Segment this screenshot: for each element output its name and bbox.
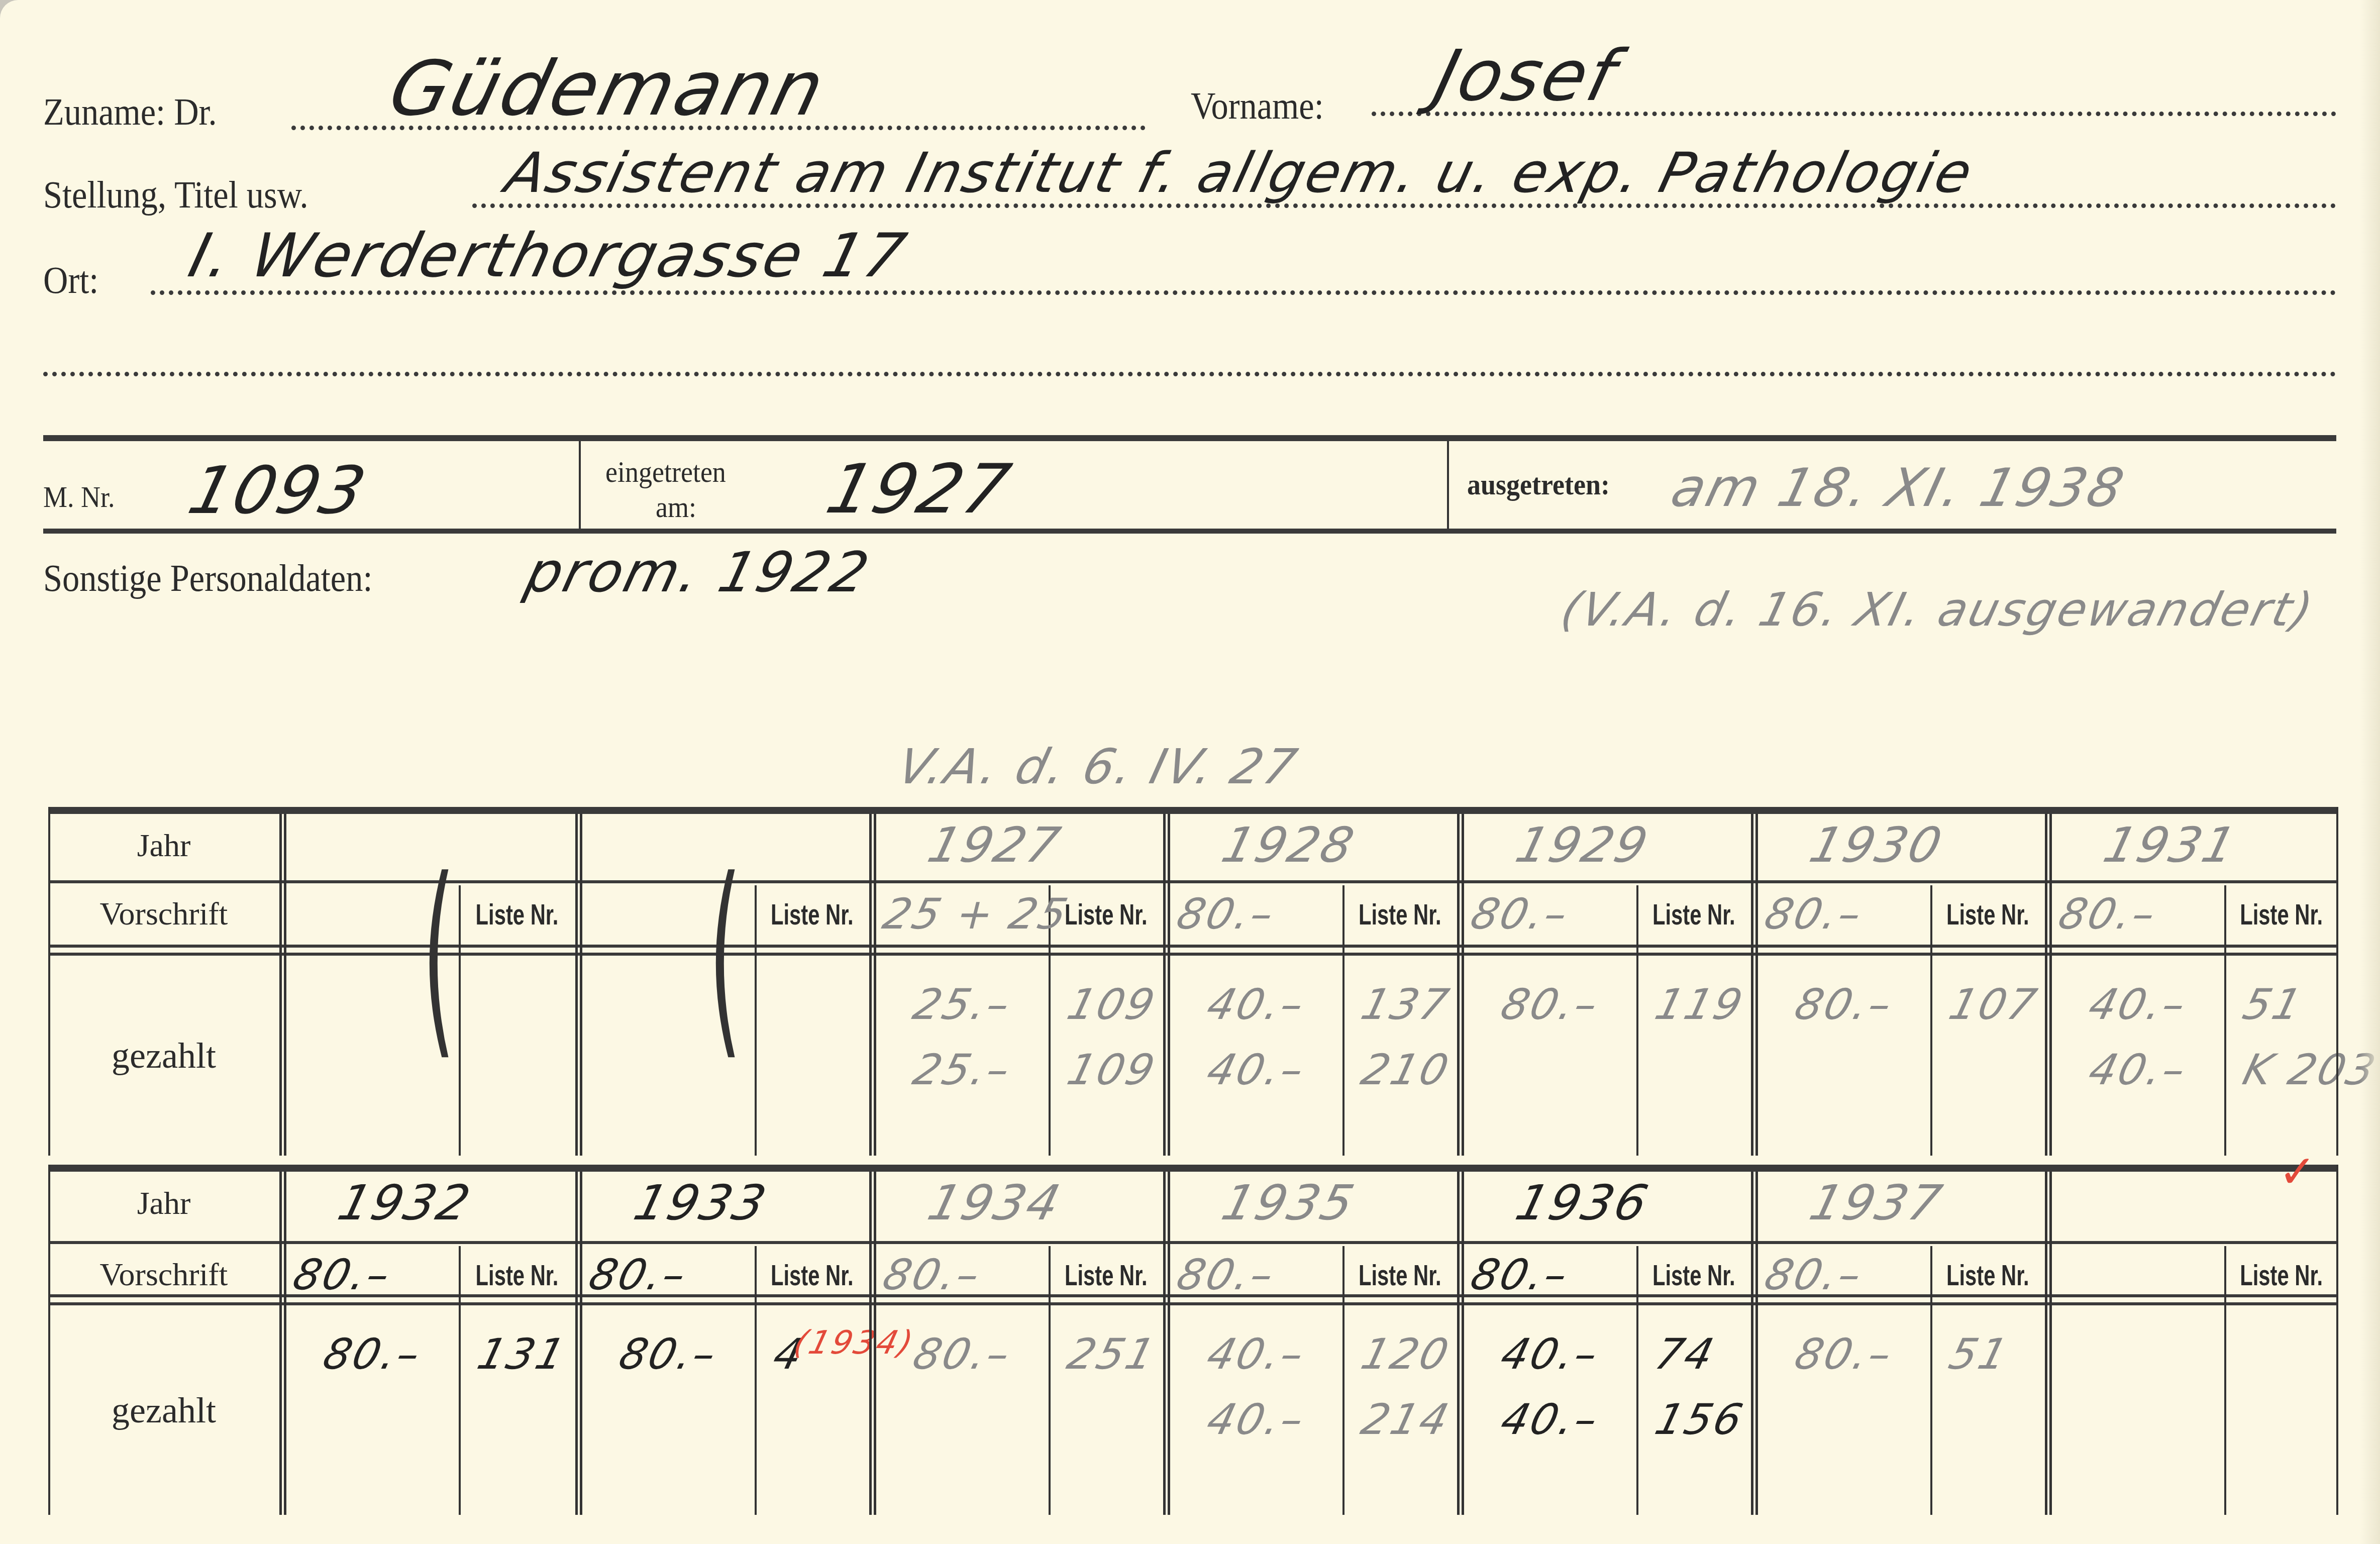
year-value: 1933	[629, 1175, 773, 1231]
table-rule-vorschrift	[48, 945, 2336, 948]
gezahlt-value: 25.–	[908, 1045, 1017, 1094]
table-liste-divider	[1636, 1246, 1638, 1515]
rule-top	[43, 435, 2336, 441]
table-liste-divider	[1636, 885, 1638, 1156]
table-rule-vorschrift-2	[48, 953, 2336, 956]
table-column-divider	[1163, 814, 1170, 1156]
liste-value: 51	[2238, 980, 2308, 1029]
liste-value: 109	[1063, 1045, 1162, 1094]
table-liste-divider	[1342, 885, 1344, 1156]
gezahlt-value: 80.–	[1790, 980, 1899, 1029]
year-value: 1928	[1216, 817, 1361, 873]
mnr-label: M. Nr.	[43, 480, 115, 514]
eingetreten-am-label: am:	[656, 490, 696, 525]
liste-nr-header: Liste Nr.	[1359, 898, 1441, 932]
liste-nr-header: Liste Nr.	[475, 898, 559, 932]
vorschrift-value: 80.–	[1466, 889, 1575, 939]
liste-value: 137	[1357, 980, 1456, 1029]
liste-value: 74	[1650, 1329, 1720, 1379]
gezahlt-value: 80.–	[614, 1329, 723, 1379]
liste-value: 109	[1063, 980, 1162, 1029]
table-right-border	[2336, 807, 2338, 1156]
year-value: 1934	[922, 1175, 1067, 1231]
vorschrift-value: 80.–	[878, 1250, 987, 1299]
bracket-mark: (	[708, 834, 742, 1080]
year-value: 1937	[1804, 1175, 1949, 1231]
table-rule-vorschrift-2	[48, 1302, 2336, 1305]
sonstige-label: Sonstige Personaldaten:	[43, 557, 372, 600]
vorschrift-value: 25 + 25	[878, 889, 1074, 939]
gezahlt-value: 40.–	[1202, 980, 1311, 1029]
table-liste-divider	[1342, 1246, 1344, 1515]
liste-nr-header: Liste Nr.	[1652, 898, 1735, 932]
mnr-value: 1093	[181, 452, 375, 529]
row-label-vorschrift: Vorschrift	[48, 895, 279, 933]
table-liste-divider	[1930, 885, 1932, 1156]
table-column-divider	[869, 814, 876, 1156]
row-label-jahr: Jahr	[48, 827, 279, 864]
note-emigrated: (V.A. d. 16. XI. ausgewandert)	[1556, 583, 2320, 637]
table-column-divider	[1751, 814, 1758, 1156]
ausgetreten-value: am 18. XI. 1938	[1666, 457, 2132, 519]
liste-value: 119	[1650, 980, 1749, 1029]
gezahlt-value: 80.–	[1790, 1329, 1899, 1379]
table-rule-jahr	[48, 1241, 2336, 1244]
liste-nr-header: Liste Nr.	[2240, 898, 2321, 932]
ort-label: Ort:	[43, 259, 98, 302]
liste-nr-header: Liste Nr.	[771, 898, 853, 932]
gezahlt-value: 80.–	[1496, 980, 1605, 1029]
liste-nr-header: Liste Nr.	[771, 1259, 853, 1292]
table-column-divider	[2045, 814, 2052, 1156]
vorname-label: Vorname:	[1191, 84, 1324, 128]
year-value: 1929	[1510, 817, 1655, 873]
liste-value: 107	[1944, 980, 2043, 1029]
eingetreten-label: eingetreten	[605, 455, 726, 489]
sonstige-value: prom. 1922	[520, 540, 877, 604]
vorschrift-value: 80.–	[2054, 889, 2162, 939]
table-column-divider	[1457, 814, 1464, 1156]
vorschrift-value: 80.–	[1760, 1250, 1869, 1299]
gezahlt-value: 40.–	[1496, 1395, 1605, 1444]
liste-nr-header: Liste Nr.	[1359, 1259, 1441, 1292]
zuname-label: Zuname: Dr.	[43, 90, 217, 134]
liste-nr-header: Liste Nr.	[1652, 1259, 1735, 1292]
eingetreten-value: 1927	[819, 450, 1019, 529]
gezahlt-value: 40.–	[1202, 1395, 1311, 1444]
rule-bottom	[43, 529, 2336, 534]
divider-1	[579, 441, 581, 529]
table-column-divider	[575, 1172, 582, 1515]
table-column-divider	[279, 1172, 286, 1515]
liste-nr-header: Liste Nr.	[2240, 1259, 2321, 1292]
gezahlt-value: 40.–	[1202, 1329, 1311, 1379]
liste-note-red: (1934)	[790, 1324, 918, 1362]
liste-value: 131	[473, 1329, 572, 1379]
gezahlt-value: 25.–	[908, 980, 1017, 1029]
table-liste-divider	[2224, 1246, 2226, 1515]
table-column-divider	[1457, 1172, 1464, 1515]
table-right-border	[2336, 1165, 2338, 1515]
liste-nr-header: Liste Nr.	[1065, 1259, 1147, 1292]
liste-nr-header: Liste Nr.	[1946, 898, 2029, 932]
gezahlt-value: 40.–	[2084, 1045, 2193, 1094]
vorschrift-value: 80.–	[1172, 889, 1281, 939]
liste-value: 214	[1357, 1395, 1456, 1444]
liste-value: 210	[1357, 1045, 1456, 1094]
liste-nr-header: Liste Nr.	[475, 1259, 559, 1292]
table-liste-divider	[755, 885, 757, 1156]
stellung-value: Assistent am Institut f. allgem. u. exp.…	[499, 141, 1981, 205]
zuname-value: Güdemann	[381, 45, 834, 133]
table-liste-divider	[755, 1246, 757, 1515]
vorschrift-value: 80.–	[1172, 1250, 1281, 1299]
liste-value: 251	[1063, 1329, 1162, 1379]
vorschrift-value: 80.–	[584, 1250, 693, 1299]
divider-2	[1447, 441, 1449, 529]
year-value: 1936	[1510, 1175, 1655, 1231]
bracket-mark: (	[422, 834, 456, 1080]
table-column-divider	[2045, 1172, 2052, 1515]
vorschrift-value: 80.–	[1466, 1250, 1575, 1299]
ausgetreten-label: ausgetreten:	[1467, 467, 1610, 502]
year-value: 1930	[1804, 817, 1949, 873]
table-liste-divider	[459, 1246, 461, 1515]
table-liste-divider	[459, 885, 461, 1156]
vorschrift-value: 80.–	[1760, 889, 1869, 939]
gezahlt-value: 80.–	[908, 1329, 1017, 1379]
vorschrift-value: 80.–	[288, 1250, 397, 1299]
row-label-gezahlt: gezahlt	[48, 1390, 279, 1431]
ort-value: I. Werderthorgasse 17	[182, 221, 914, 291]
year-value: 1927	[922, 817, 1067, 873]
liste-value: K 203	[2238, 1045, 2380, 1094]
table-liste-divider	[2224, 885, 2226, 1156]
gezahlt-value: 80.–	[319, 1329, 427, 1379]
table-column-divider	[869, 1172, 876, 1515]
table-column-divider	[279, 814, 286, 1156]
row-label-gezahlt: gezahlt	[48, 1035, 279, 1077]
liste-value: 156	[1650, 1395, 1749, 1444]
table-liste-divider	[1930, 1246, 1932, 1515]
membership-card: Zuname: Dr. Güdemann Vorname: Josef Stel…	[0, 0, 2380, 1544]
liste-value: 51	[1944, 1329, 2014, 1379]
year-value: 1935	[1216, 1175, 1361, 1231]
table-column-divider	[1751, 1172, 1758, 1515]
stellung-label: Stellung, Titel usw.	[43, 173, 308, 217]
ort-line	[151, 290, 2336, 295]
gezahlt-value: 40.–	[1202, 1045, 1311, 1094]
table-rule-thick	[48, 807, 2336, 814]
table-liste-divider	[1049, 1246, 1051, 1515]
table-column-divider	[575, 814, 582, 1156]
gezahlt-value: 40.–	[1496, 1329, 1605, 1379]
gezahlt-value: 40.–	[2084, 980, 2193, 1029]
liste-nr-header: Liste Nr.	[1065, 898, 1147, 932]
row-label-jahr: Jahr	[48, 1185, 279, 1222]
note-table: V.A. d. 6. IV. 27	[892, 739, 1304, 795]
table-rule-thick	[48, 1165, 2336, 1172]
blank-line	[43, 372, 2336, 376]
row-label-vorschrift: Vorschrift	[48, 1256, 279, 1293]
liste-nr-header: Liste Nr.	[1946, 1259, 2029, 1292]
table-column-divider	[1163, 1172, 1170, 1515]
liste-value: 120	[1357, 1329, 1456, 1379]
table-rule-jahr	[48, 880, 2336, 883]
check-icon: ✓	[2279, 1146, 2316, 1198]
year-value: 1931	[2098, 817, 2243, 873]
year-value: 1932	[333, 1175, 477, 1231]
vorname-value: Josef	[1427, 35, 1626, 117]
